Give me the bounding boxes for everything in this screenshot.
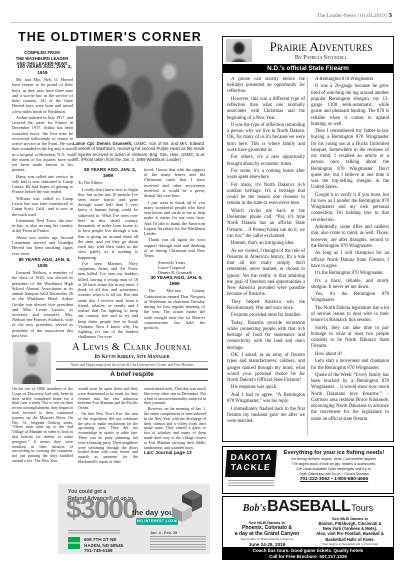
prairie-column-2: A Remington 870 Wingmaster. It was a 20-… [311,77,389,435]
para: However, this was a different type of re… [227,97,305,122]
para: Then I remembered my father-in-law buyin… [311,129,389,191]
para: Surely, they can take time to pay homage… [311,326,389,351]
column-50-years: 50 YEARS AGO, JAN. 2, 1969 To The Editor… [78,167,138,338]
para: Admittedly, some rifles and calibers may… [311,225,389,250]
lewis-clark-header: A Lewis & Clark Journal By Kevin Kirkey,… [56,342,208,369]
dakota-headline: Everything for your ice fishing needs! [280,450,388,457]
para: Let's start a movement and champion for … [311,359,389,371]
para: I immediately flashed back to the first … [227,407,305,426]
para: Yes, it's the Remington 870 Wingmaster. [311,292,389,304]
hr-block-ad[interactable]: You could get a Refund Advance® of up to… [58,484,210,554]
column-50-years-continued: faced. I know that with the support of t… [144,167,205,338]
page-folio: The Leader-News | 01.03.2019 | 3 [317,12,392,19]
photo-image [226,39,252,62]
para: Google it to verify it if you must, but … [311,193,389,224]
folio-page-number: 3 [389,12,392,19]
photo-caption: Lance Cpl. Dennis Grunseth, USMC, son of… [73,141,204,162]
para: For many, it's North Dakota's rich outdo… [227,183,305,208]
dakota-tackle-logo: DAKOTA TACKLE [225,450,277,477]
caption-lead: Lance Cpl. Dennis Grunseth, [73,141,132,146]
prairie-adventures-box: Prairie Adventures By Patricia Stockdill… [222,36,394,442]
dakota-ad-body: Everything for your ice fishing needs! I… [280,450,388,484]
lewis-clark-subhead: A brief respite [56,369,208,381]
fine-print-lines [150,536,206,550]
para: Quote of the Week: “Every family has bee… [311,373,389,423]
lewis-clark-title: A Lewis & Clark Journal [56,342,208,353]
section-head-50-years: 50 YEARS AGO, JAN. 2, 1969 [78,167,138,179]
para: Which circles me back to the December ph… [227,209,305,240]
para: OK, I asked, as an array of firearm type… [227,353,305,384]
hr-refund-amount: $3000 [66,495,136,523]
para: Today, firearms provide recreation while… [227,321,305,352]
para: On the eve of 1806, members of the Corps… [12,387,73,464]
para: Mr. and Mrs. Nels O. Herred have reason … [12,77,73,114]
para: I just want to thank all of you many won… [144,200,205,237]
oldtimers-corner-title: THE OLDTIMER'S CORNER [12,30,208,44]
dakota-text-line: Ice fishing shelters, augers, sleds. Col… [280,457,388,462]
dakota-text-line: The largest stock of bulk ice jigs, heat… [280,462,388,467]
hr-block-logo [68,537,80,549]
column-rule [307,77,308,435]
para: William was called to Camp Lewis but was… [12,196,73,217]
stockdill-portrait-photo [226,39,252,62]
para: How about it? [311,352,389,358]
grunseth-photo [76,46,203,138]
para: faced. I know that with the support of t… [144,167,205,198]
para: Thank you all again for your support thr… [144,237,205,258]
offer-dates: Jan. 4 - Feb. 28 [150,531,177,535]
para: They helped America win the Revolutionar… [227,300,305,312]
tours-wordmark: Tours [351,503,373,513]
prairie-column-1: A phone call shortly before the holidays… [227,77,305,435]
cubes-graphic [170,488,206,524]
dakota-tackle-ad[interactable]: DAKOTA TACKLE Everything for your ice fi… [222,446,394,494]
bobs-script-logo: Bob's [243,503,266,514]
para: And I had to agree. “A Remington 870 Win… [227,393,305,405]
logo-line: TACKLE [225,463,276,473]
para: For others, it's a new opportunity broug… [227,155,305,167]
photo-image [13,342,51,384]
para: As long as I will champion for an offici… [311,251,389,270]
photo-image [76,46,203,138]
fine-print-lines [68,530,120,535]
para: However, on the morning of Jan. 1, the e… [144,407,206,450]
prairie-headline-bar: N.D.'s official State Firearm [223,64,393,73]
section-head-100-years: 100 YEARS AGO, JAN. 2, 1919 [12,64,73,76]
letter-closing: Sincerely Yours, Lance Corporal Dennis R… [144,260,205,276]
para: I've seen Marines, Navy corpsmen, Army a… [78,261,138,338]
hr-office-address: 608 7TH ST NE HAZEN, ND 58545 701-748-61… [84,537,123,554]
lewis-clark-byline: By Kevin Kirkey, Site Manager [56,354,208,360]
prairie-adventures-title: Prairie Adventures [253,39,389,55]
folio-rule [10,22,392,23]
section-head-80-years: 80 YEARS AGO, JAN. 5, 1939 [12,257,73,269]
para: The North Dakota legislature has a lot o… [311,306,389,325]
baseball-ad-footer-bar: Coach bus tours. Good game tickets. Qual… [223,547,393,559]
para: Hmmm, that's an intriguing idea. [227,241,305,247]
para: Leonard Neilson, a member of the class o… [12,270,73,338]
kirkey-portrait-photo [13,342,51,384]
para: The McLean County Commission named Don N… [144,288,205,330]
phone-number: 701-748-6188 [84,548,123,554]
para: As we visited, I thought of the role of … [227,249,305,299]
para: For some, it's a coming home after years… [227,169,305,181]
baseball-tours-ad[interactable]: Bob's BASEBALL Tours See MLB Games in Ph… [222,496,394,560]
section-head-30-years: 30 YEARS AGO, JAN. 5, 1989 [144,275,205,287]
prairie-adventures-byline: By Patricia Stockdill [253,55,389,61]
fine-print-lines [228,480,274,488]
para: A Remington 870 Wingmaster. [311,77,389,83]
lc-column-1: On the eve of 1806, members of the Corps… [12,387,73,485]
para: A phone call shortly before the holidays… [227,77,305,96]
tour-destination: Also, visit Pro Football, Baseball & [311,531,389,536]
para: varied metal tools. That day was much li… [144,387,206,406]
dakota-text-line: Gift Cards Available! Open weeknights un… [280,467,388,472]
continuation-jump-line: L&C Journal page 13 [144,451,206,456]
lc-column-2: would soon be upon them and they were de… [78,387,138,485]
para: Harry was called into service in July an… [12,174,73,195]
para: I really don't know how to begin this, b… [78,187,138,260]
footer-line: Call for Free Brochure: 507.217.1326 [223,554,393,560]
para: would soon be upon them and they were de… [78,387,138,411]
baseball-ad-header: Bob's BASEBALL Tours [223,498,393,516]
dakota-phone-numbers: 701-222-3062 • 1-800-880-4665 [280,476,388,484]
para: On that New Year's Eve, the turn of the … [78,412,138,465]
para: Firearms provided meat for families. [227,313,305,319]
para: Arthur enlisted in July 1917, and crosse… [12,115,73,173]
para: It's a basic, reliable, and sturdy shotg… [311,279,389,291]
folio-text: The Leader-News | 01.03.2019 | [317,13,389,19]
column-100-years: 100 YEARS AGO, JAN. 2, 1919 Mr. and Mrs.… [12,64,73,338]
para: It was the type of reflection reminding … [227,123,305,154]
lc-column-3: varied metal tools. That day was much li… [144,387,206,485]
para: His response was quick. [227,385,305,391]
letter-salutation: To The Editor: [78,180,138,185]
para: About two weeks ago Second Lieutenant ar… [12,235,73,256]
para: Lieutenant Neal Tracy, the son-in-law, i… [12,218,73,234]
baseball-wordmark: BASEBALL [267,498,350,516]
para: It was a 20-gauge because he grew tired … [311,84,389,128]
newspaper-page: The Leader-News | 01.03.2019 | 3 THE OLD… [0,0,400,567]
para: It's the Remington 870 Wingmaster. [311,271,389,277]
